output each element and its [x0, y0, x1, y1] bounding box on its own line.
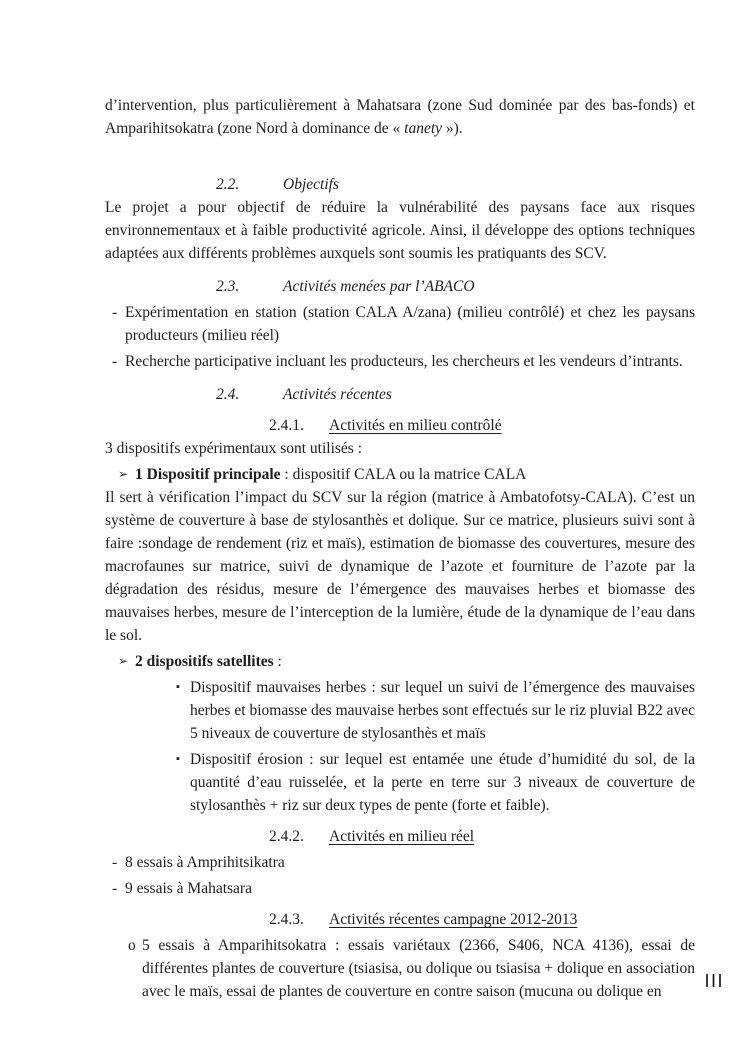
document-page: d’intervention, plus particulièrement à …: [0, 0, 745, 1053]
text-run: 9 essais à Mahatsara: [125, 880, 252, 897]
heading-number: 2.4.2.: [269, 825, 329, 848]
list-item: -8 essais à Amprihitsikatra: [112, 851, 695, 874]
text-run: »).: [442, 120, 463, 137]
dash-bullet-icon: -: [112, 877, 125, 900]
list-item: o5 essais à Amparihitsokatra : essais va…: [128, 934, 695, 1003]
circle-bullet-icon: o: [128, 934, 142, 1003]
dash-bullet-icon: -: [112, 851, 125, 874]
paragraph: d’intervention, plus particulièrement à …: [105, 94, 695, 140]
paragraph: Le projet a pour objectif de réduire la …: [105, 196, 695, 265]
list-item: -Expérimentation en station (station CAL…: [112, 301, 695, 347]
heading-number: 2.2.: [216, 173, 283, 196]
list-item-text: 9 essais à Mahatsara: [125, 877, 695, 900]
list-item-text: Dispositif érosion : sur lequel est enta…: [190, 748, 695, 817]
heading-title: Activités en milieu réel: [329, 825, 474, 848]
text-run: Recherche participative incluant les pro…: [125, 353, 683, 370]
heading-title: Activités menées par l’ABACO: [283, 275, 475, 298]
list-item: -Recherche participative incluant les pr…: [112, 350, 695, 373]
list-item: ➢2 dispositifs satellites :: [118, 650, 695, 673]
heading-2-4-3: 2.4.3.Activités récentes campagne 2012-2…: [105, 908, 695, 931]
list-item-text: 5 essais à Amparihitsokatra : essais var…: [142, 934, 695, 1003]
paragraph: 3 dispositifs expérimentaux sont utilisé…: [105, 437, 695, 460]
dash-bullet-icon: -: [112, 301, 125, 347]
page-number: III: [704, 970, 724, 993]
heading-2-3: 2.3.Activités menées par l’ABACO: [105, 275, 695, 298]
list-item-text: Expérimentation en station (station CALA…: [125, 301, 695, 347]
blank-line: [105, 140, 695, 163]
arrow-bullet-icon: ➢: [118, 650, 135, 673]
text-run: Expérimentation en station (station CALA…: [125, 304, 695, 344]
list-item-text: 1 Dispositif principale : dispositif CAL…: [135, 463, 695, 486]
heading-title: Activités récentes: [283, 383, 392, 406]
list-item-text: Recherche participative incluant les pro…: [125, 350, 695, 373]
text-run: 1 Dispositif principale: [135, 466, 281, 483]
text-run: tanety: [404, 120, 442, 137]
heading-2-2: 2.2.Objectifs: [105, 173, 695, 196]
heading-title: Activités récentes campagne 2012-2013: [329, 908, 577, 931]
arrow-bullet-icon: ➢: [118, 463, 135, 486]
heading-number: 2.4.: [216, 383, 283, 406]
text-run: 8 essais à Amprihitsikatra: [125, 854, 285, 871]
list-item-text: Dispositif mauvaises herbes : sur lequel…: [190, 676, 695, 745]
text-run: 2 dispositifs satellites: [135, 653, 274, 670]
heading-2-4-2: 2.4.2.Activités en milieu réel: [105, 825, 695, 848]
list-item: ▪Dispositif mauvaises herbes : sur leque…: [176, 676, 695, 745]
list-item: ➢1 Dispositif principale : dispositif CA…: [118, 463, 695, 486]
text-run: Le projet a pour objectif de réduire la …: [105, 199, 695, 262]
document-content: d’intervention, plus particulièrement à …: [105, 94, 695, 1003]
heading-2-4: 2.4.Activités récentes: [105, 383, 695, 406]
text-run: 5 essais à Amparihitsokatra : essais var…: [142, 937, 695, 1000]
text-run: Il sert à vérification l’impact du SCV s…: [105, 489, 695, 644]
heading-number: 2.3.: [216, 275, 283, 298]
heading-number: 2.4.1.: [269, 414, 329, 437]
heading-title: Objectifs: [283, 173, 339, 196]
list-item: -9 essais à Mahatsara: [112, 877, 695, 900]
paragraph: Il sert à vérification l’impact du SCV s…: [105, 486, 695, 647]
heading-title: Activités en milieu contrôlé: [329, 414, 502, 437]
text-run: : dispositif CALA ou la matrice CALA: [281, 466, 527, 483]
text-run: d’intervention, plus particulièrement à …: [105, 97, 695, 137]
text-run: :: [274, 653, 282, 670]
list-item-text: 2 dispositifs satellites :: [135, 650, 695, 673]
text-run: Dispositif mauvaises herbes : sur lequel…: [190, 679, 695, 742]
list-item-text: 8 essais à Amprihitsikatra: [125, 851, 695, 874]
dash-bullet-icon: -: [112, 350, 125, 373]
text-run: 3 dispositifs expérimentaux sont utilisé…: [105, 440, 362, 457]
square-bullet-icon: ▪: [176, 676, 190, 745]
list-item: ▪Dispositif érosion : sur lequel est ent…: [176, 748, 695, 817]
heading-number: 2.4.3.: [269, 908, 329, 931]
square-bullet-icon: ▪: [176, 748, 190, 817]
text-run: Dispositif érosion : sur lequel est enta…: [190, 751, 695, 814]
heading-2-4-1: 2.4.1.Activités en milieu contrôlé: [105, 414, 695, 437]
